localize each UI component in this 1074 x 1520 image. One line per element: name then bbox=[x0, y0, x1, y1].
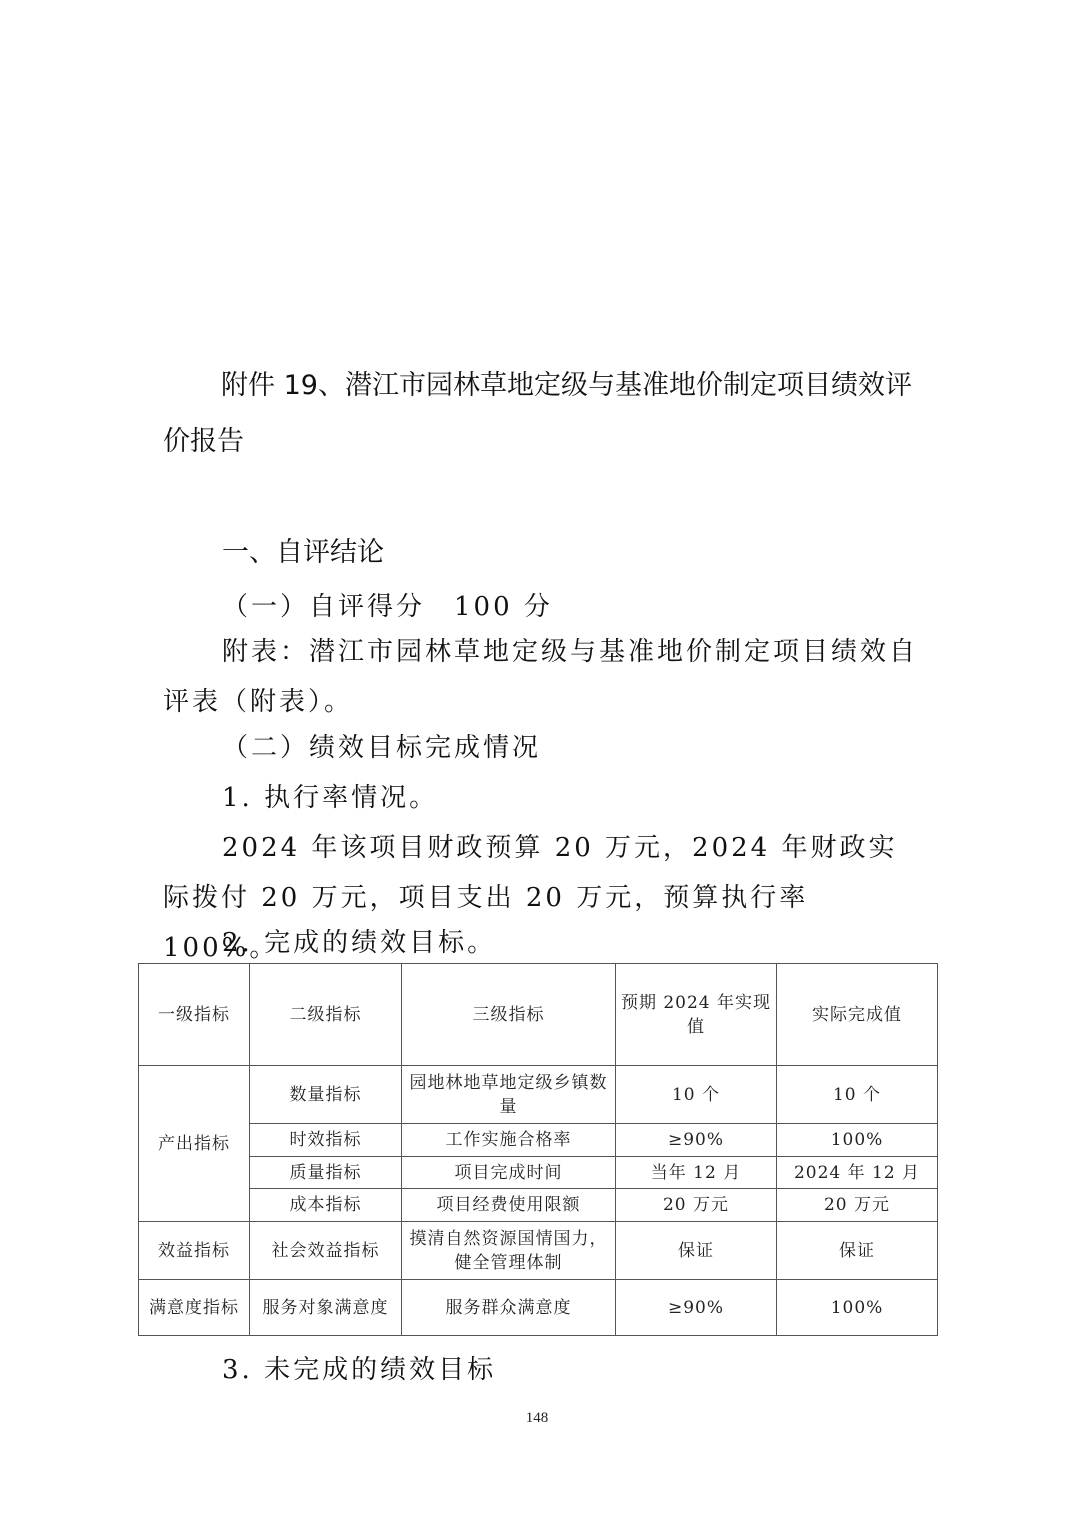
completed-goals-heading: 2. 完成的绩效目标。 bbox=[222, 918, 496, 968]
level2-cell: 成本指标 bbox=[250, 1189, 402, 1222]
level3-cell: 园地林地草地定级乡镇数量 bbox=[402, 1066, 616, 1124]
page-number: 148 bbox=[0, 1410, 1074, 1427]
table-header-row: 一级指标 二级指标 三级指标 预期 2024 年实现值 实际完成值 bbox=[139, 964, 938, 1066]
level2-cell: 质量指标 bbox=[250, 1157, 402, 1189]
level3-cell: 工作实施合格率 bbox=[402, 1124, 616, 1157]
actual-cell: 20 万元 bbox=[777, 1189, 938, 1222]
header-cell: 一级指标 bbox=[139, 964, 250, 1066]
level2-cell: 数量指标 bbox=[250, 1066, 402, 1124]
expected-cell: 20 万元 bbox=[616, 1189, 777, 1222]
expected-cell: ≥90% bbox=[616, 1280, 777, 1336]
table-row: 时效指标 工作实施合格率 ≥90% 100% bbox=[139, 1124, 938, 1157]
level1-cell: 产出指标 bbox=[139, 1066, 250, 1222]
table-row: 质量指标 项目完成时间 当年 12 月 2024 年 12 月 bbox=[139, 1157, 938, 1189]
table-row: 成本指标 项目经费使用限额 20 万元 20 万元 bbox=[139, 1189, 938, 1222]
level1-cell: 效益指标 bbox=[139, 1222, 250, 1280]
section-heading: 一、自评结论 bbox=[222, 533, 384, 573]
actual-cell: 10 个 bbox=[777, 1066, 938, 1124]
header-cell: 实际完成值 bbox=[777, 964, 938, 1066]
goal-completion-heading: （二）绩效目标完成情况 bbox=[222, 723, 541, 773]
expected-cell: 10 个 bbox=[616, 1066, 777, 1124]
table-row: 效益指标 社会效益指标 摸清自然资源国情国力，健全管理体制 保证 保证 bbox=[139, 1222, 938, 1280]
level3-cell: 摸清自然资源国情国力，健全管理体制 bbox=[402, 1222, 616, 1280]
level1-cell: 满意度指标 bbox=[139, 1280, 250, 1336]
self-score-heading: （一）自评得分 100 分 bbox=[222, 582, 553, 632]
document-title: 附件 19、潜江市园林草地定级与基准地价制定项目绩效评价报告 bbox=[163, 358, 923, 470]
actual-cell: 保证 bbox=[777, 1222, 938, 1280]
incomplete-goals-heading: 3. 未完成的绩效目标 bbox=[222, 1345, 496, 1395]
document-page: 附件 19、潜江市园林草地定级与基准地价制定项目绩效评价报告 一、自评结论 （一… bbox=[0, 0, 1074, 1520]
level2-cell: 时效指标 bbox=[250, 1124, 402, 1157]
attachment-note: 附表：潜江市园林草地定级与基准地价制定项目绩效自评表（附表）。 bbox=[163, 627, 923, 727]
expected-cell: 保证 bbox=[616, 1222, 777, 1280]
level2-cell: 社会效益指标 bbox=[250, 1222, 402, 1280]
expected-cell: 当年 12 月 bbox=[616, 1157, 777, 1189]
level3-cell: 项目经费使用限额 bbox=[402, 1189, 616, 1222]
level3-cell: 服务群众满意度 bbox=[402, 1280, 616, 1336]
table-row: 产出指标 数量指标 园地林地草地定级乡镇数量 10 个 10 个 bbox=[139, 1066, 938, 1124]
header-cell: 三级指标 bbox=[402, 964, 616, 1066]
header-cell: 预期 2024 年实现值 bbox=[616, 964, 777, 1066]
actual-cell: 100% bbox=[777, 1280, 938, 1336]
actual-cell: 2024 年 12 月 bbox=[777, 1157, 938, 1189]
header-cell: 二级指标 bbox=[250, 964, 402, 1066]
performance-table: 一级指标 二级指标 三级指标 预期 2024 年实现值 实际完成值 产出指标 数… bbox=[138, 963, 938, 1336]
level3-cell: 项目完成时间 bbox=[402, 1157, 616, 1189]
actual-cell: 100% bbox=[777, 1124, 938, 1157]
table-row: 满意度指标 服务对象满意度 服务群众满意度 ≥90% 100% bbox=[139, 1280, 938, 1336]
expected-cell: ≥90% bbox=[616, 1124, 777, 1157]
execution-rate-heading: 1. 执行率情况。 bbox=[222, 773, 438, 823]
level2-cell: 服务对象满意度 bbox=[250, 1280, 402, 1336]
